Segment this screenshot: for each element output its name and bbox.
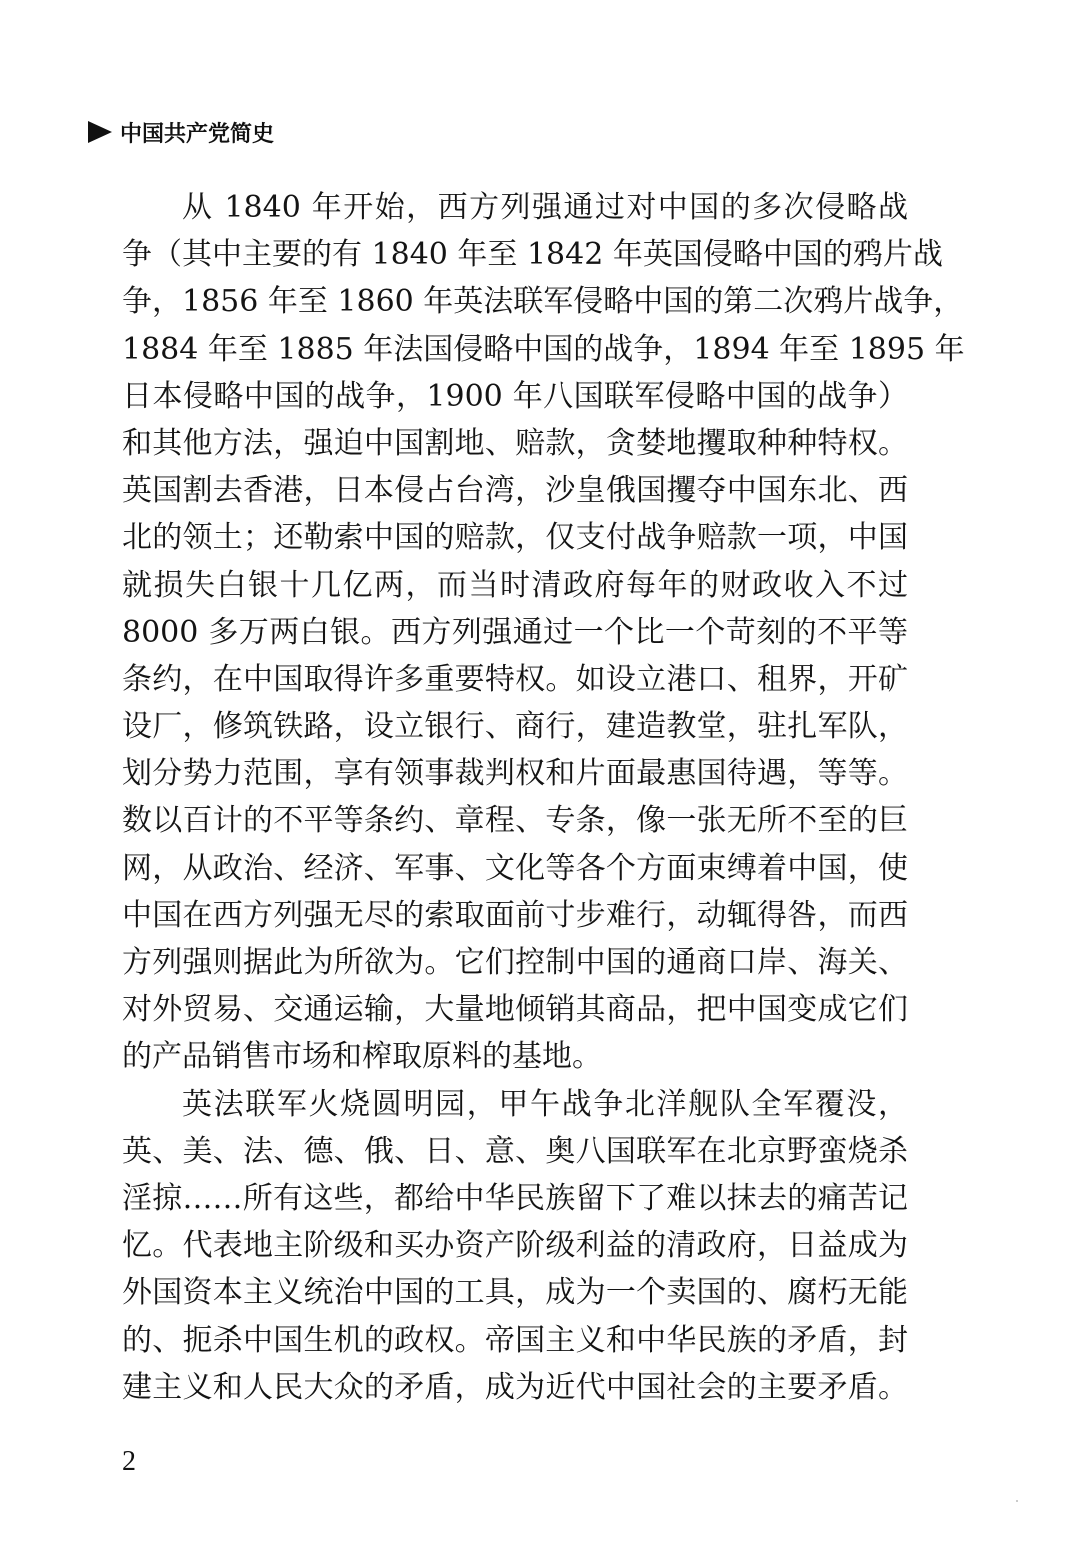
book-title: 中国共产党简史 bbox=[120, 117, 274, 148]
text-line: 就损失白银十几亿两，而当时清政府每年的财政收入不过 bbox=[122, 562, 908, 609]
paragraph-1: 从 1840 年开始，西方列强通过对中国的多次侵略战 争（其中主要的有 1840… bbox=[122, 184, 908, 1081]
text-line: 1884 年至 1885 年法国侵略中国的战争，1894 年至 1895 年 bbox=[122, 326, 908, 373]
text-line: 的、扼杀中国生机的政权。帝国主义和中华民族的矛盾，封 bbox=[122, 1317, 908, 1364]
text-line: 方列强则据此为所欲为。它们控制中国的通商口岸、海关、 bbox=[122, 939, 908, 986]
text-line: 中国在西方列强无尽的索取面前寸步难行，动辄得咎，而西 bbox=[122, 892, 908, 939]
body-text: 从 1840 年开始，西方列强通过对中国的多次侵略战 争（其中主要的有 1840… bbox=[122, 184, 908, 1411]
text-line: 日本侵略中国的战争，1900 年八国联军侵略中国的战争） bbox=[122, 373, 908, 420]
text-line: 争（其中主要的有 1840 年至 1842 年英国侵略中国的鸦片战 bbox=[122, 231, 908, 278]
text-line: 建主义和人民大众的矛盾，成为近代中国社会的主要矛盾。 bbox=[122, 1364, 908, 1411]
scan-speck bbox=[1016, 1500, 1018, 1502]
text-line: 的产品销售市场和榨取原料的基地。 bbox=[122, 1033, 908, 1080]
text-line: 数以百计的不平等条约、章程、专条，像一张无所不至的巨 bbox=[122, 797, 908, 844]
text-line: 英国割去香港，日本侵占台湾，沙皇俄国攫夺中国东北、西 bbox=[122, 467, 908, 514]
text-line: 外国资本主义统治中国的工具，成为一个卖国的、腐朽无能 bbox=[122, 1269, 908, 1316]
text-line: 争，1856 年至 1860 年英法联军侵略中国的第二次鸦片战争， bbox=[122, 278, 908, 325]
text-line: 和其他方法，强迫中国割地、赔款，贪婪地攫取种种特权。 bbox=[122, 420, 908, 467]
text-line: 忆。代表地主阶级和买办资产阶级利益的清政府，日益成为 bbox=[122, 1222, 908, 1269]
text-line: 英法联军火烧圆明园，甲午战争北洋舰队全军覆没， bbox=[122, 1081, 908, 1128]
text-line: 条约，在中国取得许多重要特权。如设立港口、租界，开矿 bbox=[122, 656, 908, 703]
text-line: 对外贸易、交通运输，大量地倾销其商品，把中国变成它们 bbox=[122, 986, 908, 1033]
text-line: 设厂，修筑铁路，设立银行、商行，建造教堂，驻扎军队， bbox=[122, 703, 908, 750]
text-line: 从 1840 年开始，西方列强通过对中国的多次侵略战 bbox=[122, 184, 908, 231]
paragraph-2: 英法联军火烧圆明园，甲午战争北洋舰队全军覆没， 英、美、法、德、俄、日、意、奥八… bbox=[122, 1081, 908, 1411]
text-line: 淫掠……所有这些，都给中华民族留下了难以抹去的痛苦记 bbox=[122, 1175, 908, 1222]
text-line: 网，从政治、经济、军事、文化等各个方面束缚着中国，使 bbox=[122, 845, 908, 892]
page-number: 2 bbox=[122, 1446, 136, 1478]
triangle-marker-icon bbox=[88, 121, 112, 143]
text-line: 划分势力范围，享有领事裁判权和片面最惠国待遇，等等。 bbox=[122, 750, 908, 797]
running-header: 中国共产党简史 bbox=[88, 116, 274, 148]
text-line: 8000 多万两白银。西方列强通过一个比一个苛刻的不平等 bbox=[122, 609, 908, 656]
text-line: 英、美、法、德、俄、日、意、奥八国联军在北京野蛮烧杀 bbox=[122, 1128, 908, 1175]
text-line: 北的领土；还勒索中国的赔款，仅支付战争赔款一项，中国 bbox=[122, 514, 908, 561]
